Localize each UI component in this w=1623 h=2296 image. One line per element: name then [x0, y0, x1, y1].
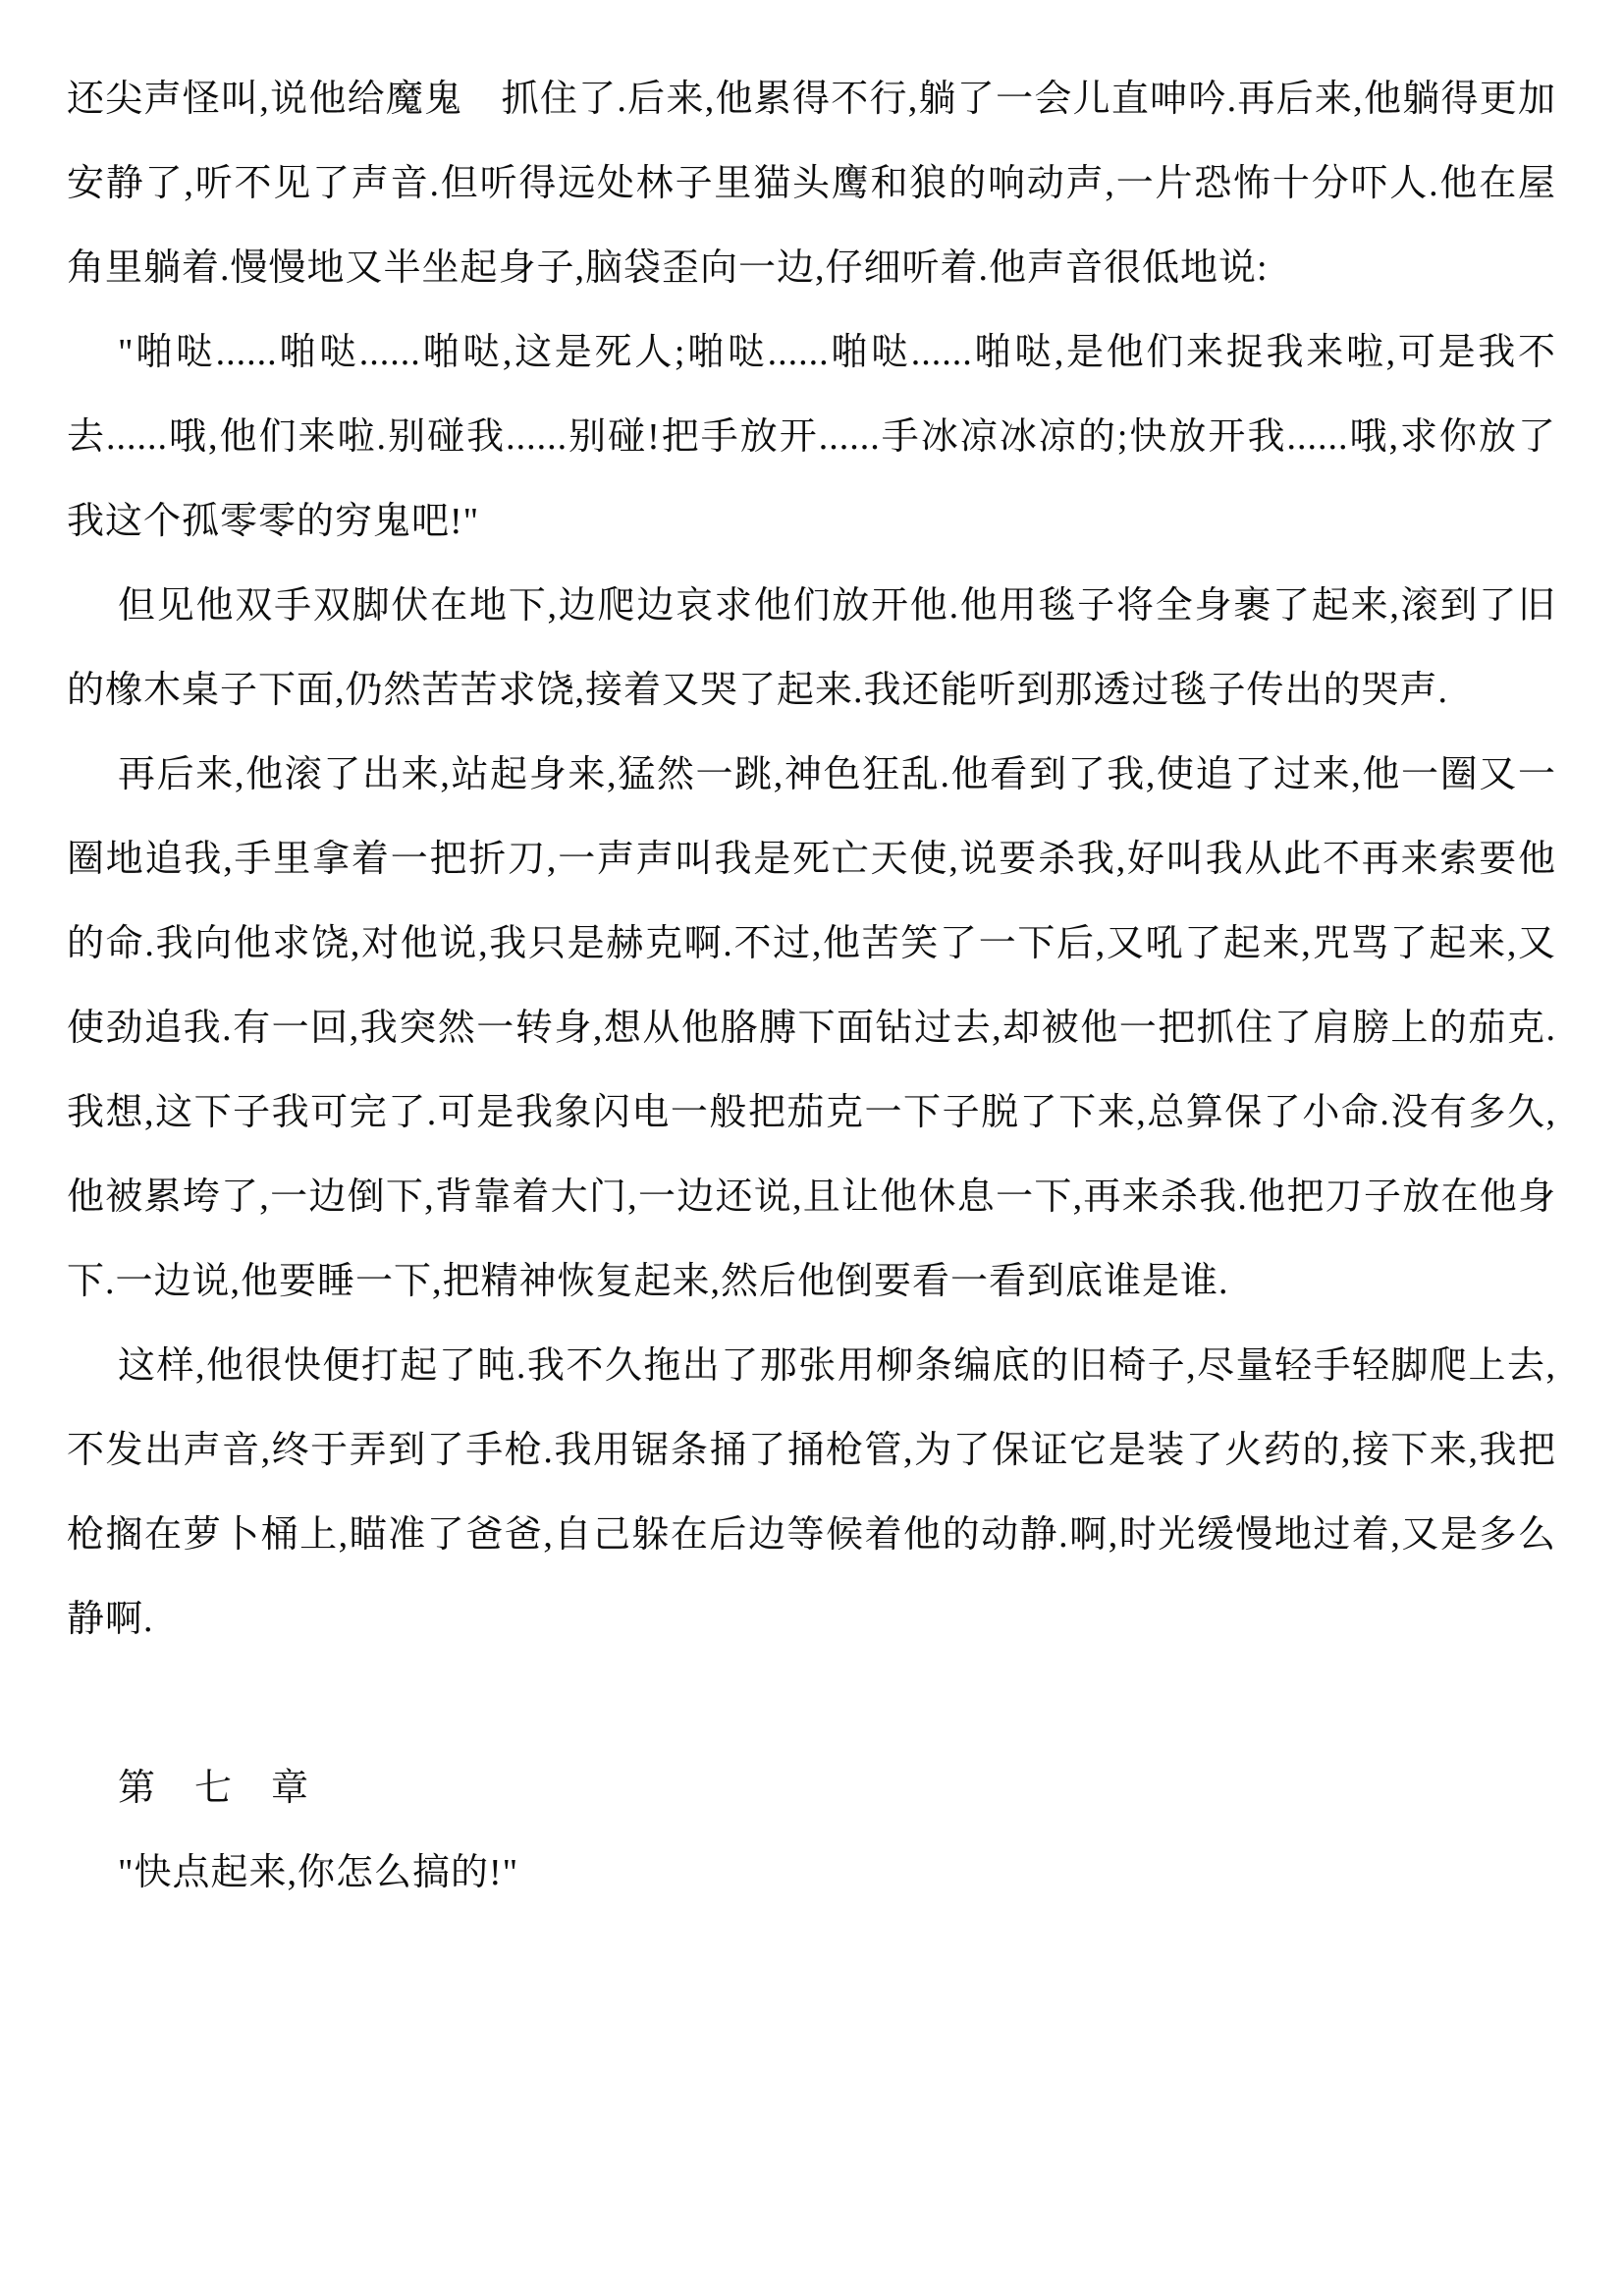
dialogue-line: "快点起来,你怎么搞的!" — [67, 1831, 1556, 1915]
paragraph: 再后来,他滚了出来,站起身来,猛然一跳,神色狂乱.他看到了我,使追了过来,他一圈… — [67, 733, 1556, 1324]
paragraph: 这样,他很快便打起了盹.我不久拖出了那张用柳条编底的旧椅子,尽量轻手轻脚爬上去,… — [67, 1324, 1556, 1662]
paragraph: 还尖声怪叫,说他给魔鬼 抓住了.后来,他累得不行,躺了一会儿直呻吟.再后来,他躺… — [67, 57, 1556, 310]
paragraph: "啪哒......啪哒......啪哒,这是死人;啪哒......啪哒.....… — [67, 310, 1556, 564]
paragraph: 但见他双手双脚伏在地下,边爬边哀求他们放开他.他用毯子将全身裹了起来,滚到了旧的… — [67, 564, 1556, 733]
document-page: 还尖声怪叫,说他给魔鬼 抓住了.后来,他累得不行,躺了一会儿直呻吟.再后来,他躺… — [0, 0, 1623, 2296]
chapter-heading: 第 七 章 — [67, 1746, 1556, 1831]
